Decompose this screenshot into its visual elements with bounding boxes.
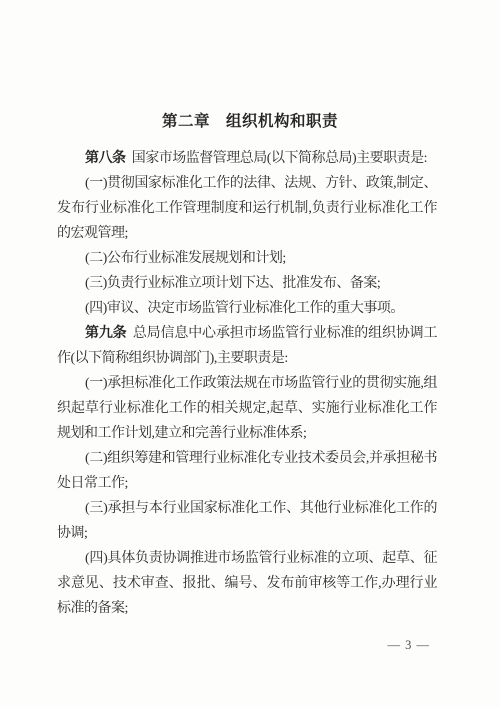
document-body: 第八条国家市场监督管理总局(以下简称总局)主要职责是:(一)贯彻国家标准化工作的… xyxy=(57,146,437,621)
paragraph-text: (三)负责行业标准立项计划下达、批准发布、备案; xyxy=(85,276,380,291)
page-number: — 3 — xyxy=(388,638,431,653)
paragraph-text: (一)贯彻国家标准化工作的法律、法规、方针、政策,制定、发布行业标准化工作管理制… xyxy=(57,176,437,241)
paragraph: (二)公布行业标准发展规划和计划; xyxy=(57,246,437,271)
paragraph: (一)贯彻国家标准化工作的法律、法规、方针、政策,制定、发布行业标准化工作管理制… xyxy=(57,171,437,246)
paragraph-text: (一)承担标准化工作政策法规在市场监管行业的贯彻实施,组织起草行业标准化工作的相… xyxy=(57,376,437,441)
paragraph-text: (二)公布行业标准发展规划和计划; xyxy=(85,251,286,266)
paragraph-text: (二)组织筹建和管理行业标准化专业技术委员会,并承担秘书处日常工作; xyxy=(57,451,437,491)
paragraph: (三)负责行业标准立项计划下达、批准发布、备案; xyxy=(57,271,437,296)
paragraph: (四)具体负责协调推进市场监管行业标准的立项、起草、征求意见、技术审查、报批、编… xyxy=(57,546,437,621)
paragraph: (三)承担与本行业国家标准化工作、其他行业标准化工作的协调; xyxy=(57,496,437,546)
paragraph: (四)审议、决定市场监管行业标准化工作的重大事项。 xyxy=(57,296,437,321)
article-number: 第八条 xyxy=(85,151,126,166)
paragraph-text: (三)承担与本行业国家标准化工作、其他行业标准化工作的协调; xyxy=(57,501,437,541)
paragraph: (二)组织筹建和管理行业标准化专业技术委员会,并承担秘书处日常工作; xyxy=(57,446,437,496)
chapter-title: 第二章 组织机构和职责 xyxy=(0,109,500,131)
article-number: 第九条 xyxy=(85,326,127,341)
paragraph: 第九条总局信息中心承担市场监管行业标准的组织协调工作(以下简称组织协调部门),主… xyxy=(57,321,437,371)
paragraph: (一)承担标准化工作政策法规在市场监管行业的贯彻实施,组织起草行业标准化工作的相… xyxy=(57,371,437,446)
paragraph: 第八条国家市场监督管理总局(以下简称总局)主要职责是: xyxy=(57,146,437,171)
paragraph-text: (四)审议、决定市场监管行业标准化工作的重大事项。 xyxy=(85,301,404,316)
document-page: 第二章 组织机构和职责 第八条国家市场监督管理总局(以下简称总局)主要职责是:(… xyxy=(0,0,500,707)
paragraph-text: (四)具体负责协调推进市场监管行业标准的立项、起草、征求意见、技术审查、报批、编… xyxy=(57,551,437,616)
paragraph-text: 国家市场监督管理总局(以下简称总局)主要职责是: xyxy=(132,151,427,166)
